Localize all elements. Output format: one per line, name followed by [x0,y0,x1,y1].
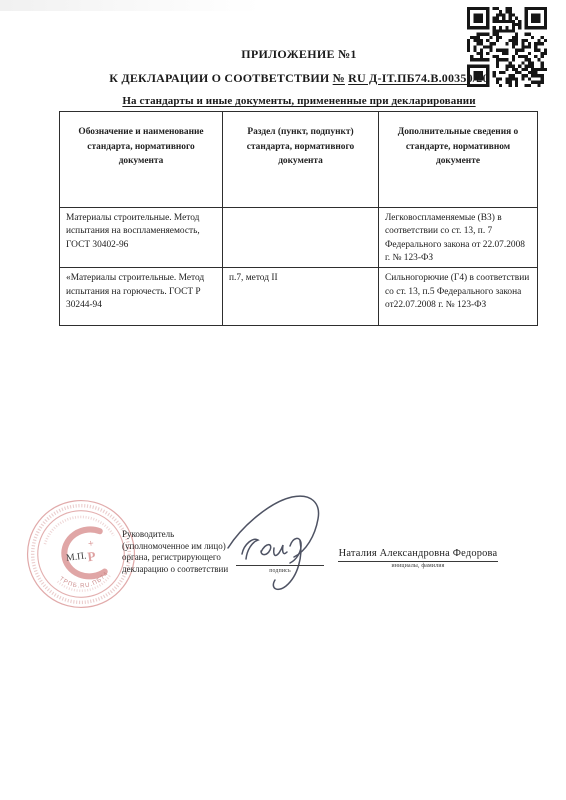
col-header-section: Раздел (пункт, подпункт) стандарта, норм… [223,112,379,208]
cell-designation: Материалы строительные. Метод испытания … [60,208,223,268]
col-header-additional: Дополнительные сведения о стандарте, нор… [379,112,538,208]
signatory-name: Наталия Александровна Федорова [338,548,498,562]
table-row: «Материалы строительные. Метод испытания… [60,268,538,326]
col-header-designation: Обозначение и наименование стандарта, но… [60,112,223,208]
signatory-name-block: Наталия Александровна Федорова инициалы,… [338,548,498,569]
declaration-number: RU Д-IT.ПБ74.В.00350/20 [348,71,489,85]
declaration-no-sign: № [333,71,345,85]
stamp-r-glyph: Р [87,548,97,564]
table-caption: На стандарты и иные документы, примененн… [60,95,538,107]
declaration-prefix: К ДЕКЛАРАЦИИ О СООТВЕТСТВИИ [109,71,332,85]
stamp-mp-label: М.П. [65,550,87,563]
signature-line [236,565,324,566]
signature-caption: подпись [236,568,324,574]
handwritten-signature [226,486,344,602]
declaration-line: К ДЕКЛАРАЦИИ О СООТВЕТСТВИИ № RU Д-IT.ПБ… [60,71,538,86]
cell-additional: Сильногорючие (Г4) в соответствии со ст.… [379,268,538,326]
cell-designation: «Материалы строительные. Метод испытания… [60,268,223,326]
document-page: ПРИЛОЖЕНИЕ №1 К ДЕКЛАРАЦИИ О СООТВЕТСТВИ… [0,0,566,800]
cell-section [223,208,379,268]
standards-table: Обозначение и наименование стандарта, но… [59,111,538,326]
table-row: Материалы строительные. Метод испытания … [60,208,538,268]
scan-smudge [0,0,260,11]
page-title: ПРИЛОЖЕНИЕ №1 [60,47,538,62]
stamp-microtext-arc [42,513,113,544]
name-caption: инициалы, фамилия [338,563,498,569]
table-header-row: Обозначение и наименование стандарта, но… [60,112,538,208]
cell-additional: Легковоспламеняемые (В3) в соответствии … [379,208,538,268]
cell-section: п.7, метод II [223,268,379,326]
